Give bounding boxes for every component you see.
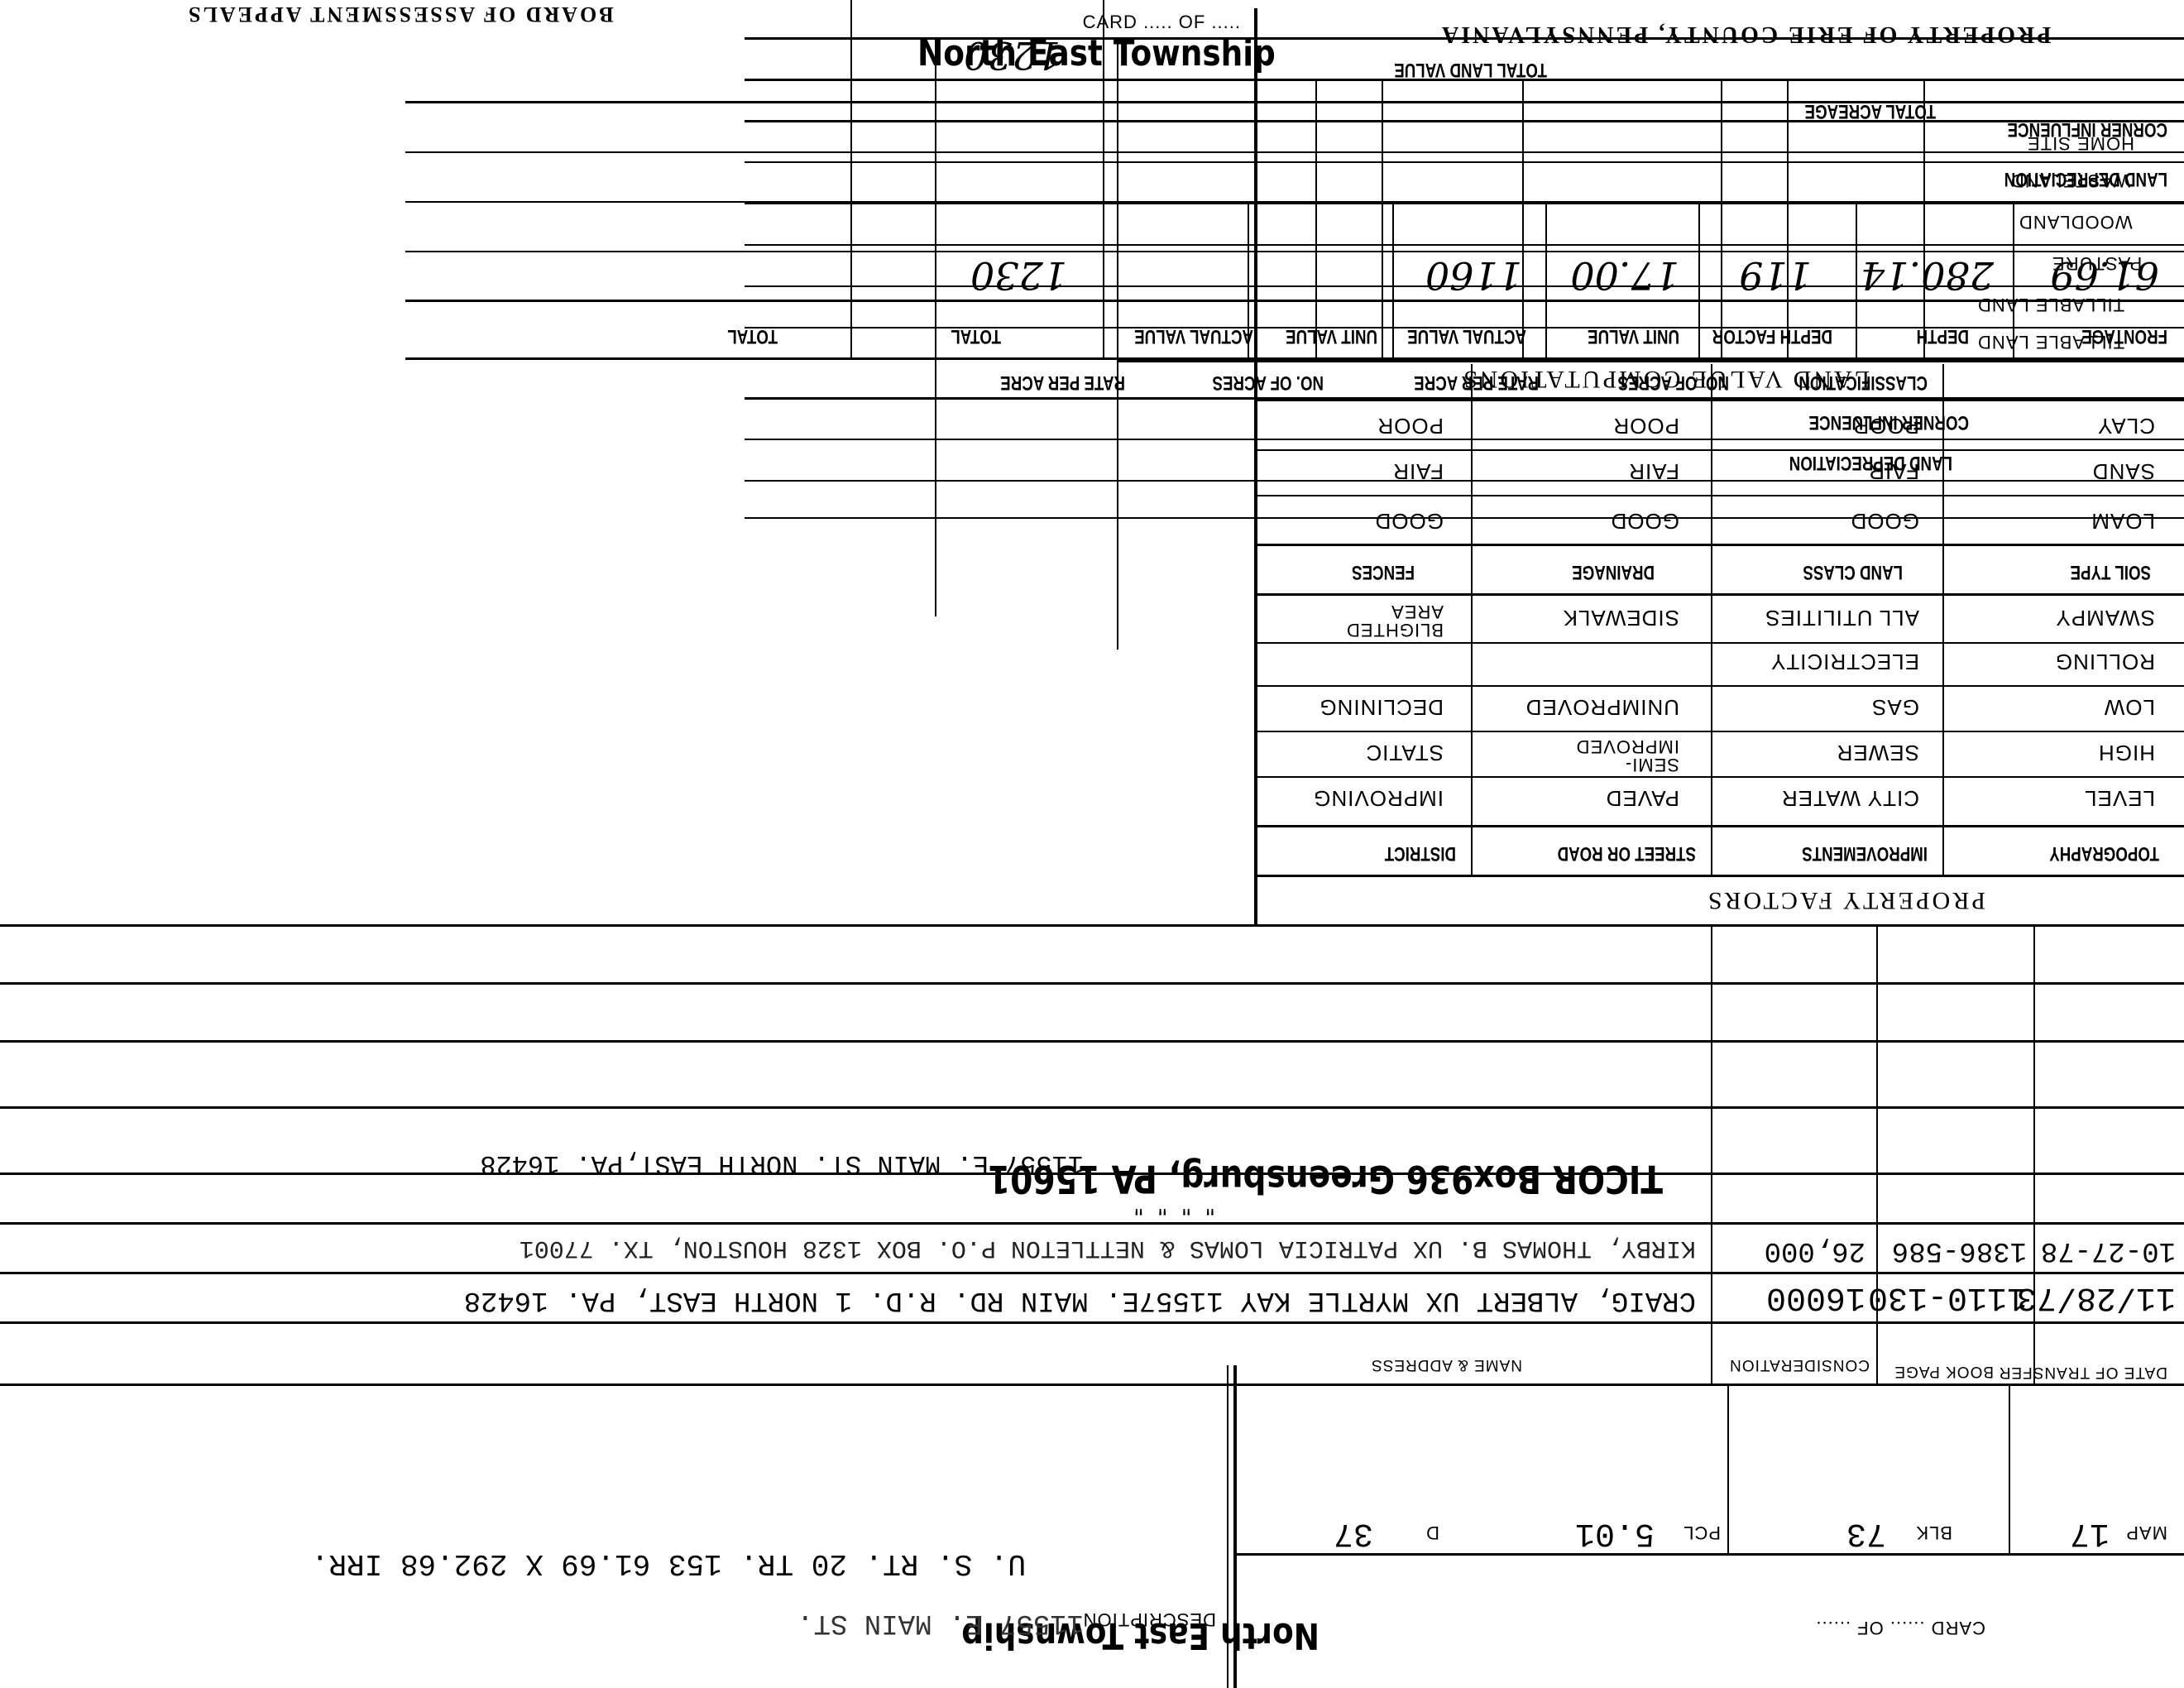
- rule: [745, 79, 2184, 81]
- acreage-row: TILLABLE LAND: [1977, 294, 2124, 315]
- acreage-col: NO. OF ACRES: [1212, 371, 1324, 394]
- acreage-col: NO. OF ACRES: [1617, 371, 1729, 394]
- board-header: BOARD OF ASSESSMENT APPEALS: [186, 2, 614, 26]
- rule: [745, 203, 2184, 204]
- land-depreciation: LAND DEPRECIATION: [1789, 451, 1952, 474]
- total-land-value-label: TOTAL LAND VALUE: [1394, 58, 1547, 81]
- acreage-row: WASTELAND: [2010, 170, 2130, 191]
- rule: [1117, 360, 2184, 362]
- rule: [745, 480, 2184, 482]
- acreage-row: HOME SITE: [2027, 132, 2134, 154]
- corner-influence: CORNER INFLUENCE: [1809, 410, 1969, 434]
- acreage-row: WOODLAND: [2019, 211, 2133, 233]
- acreage-col: RATE PER ACRE: [1000, 371, 1125, 394]
- acreage-row: PASTURE: [2052, 252, 2142, 274]
- acreage-row: TILLABLE LAND: [1977, 331, 2124, 352]
- acreage-col: RATE PER ACRE: [1414, 371, 1539, 394]
- rule: [745, 161, 2184, 163]
- total-land-value: 1230: [964, 33, 1061, 78]
- acreage-col: CLASSIFICATION: [1798, 371, 1928, 394]
- divider: [1117, 37, 1118, 650]
- rule: [745, 439, 2184, 440]
- rule: [745, 120, 2184, 122]
- rule: [745, 37, 2184, 40]
- county-header: PROPERTY OF ERIE COUNTY, PENNSYLVANIA: [1439, 21, 2051, 47]
- acreage-row-total: TOTAL ACREAGE: [1805, 99, 1936, 122]
- rule: [745, 517, 2184, 519]
- overlay-layer: PROPERTY OF ERIE COUNTY, PENNSYLVANIA BO…: [0, 0, 2184, 1688]
- rule: [745, 397, 2184, 400]
- rule: [745, 285, 2184, 287]
- rule: [745, 327, 2184, 328]
- rule: [745, 244, 2184, 246]
